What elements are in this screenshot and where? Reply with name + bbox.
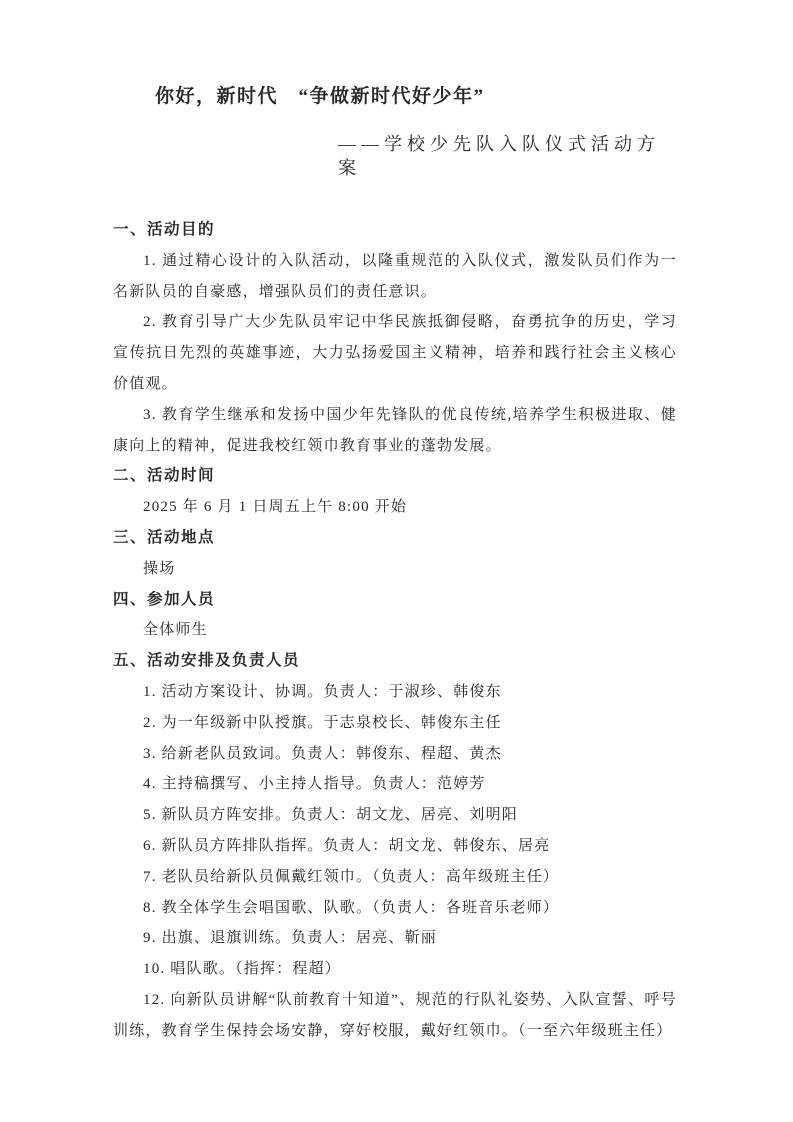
- document-page: 你好，新时代 “争做新时代好少年” ——学校少先队入队仪式活动方案 一、活动目的…: [0, 0, 793, 1122]
- list-item: 3. 给新老队员致词。负责人：韩俊东、程超、黄杰: [113, 739, 677, 770]
- document-body: 一、活动目的 1. 通过精心设计的入队活动，以隆重规范的入队仪式，激发队员们作为…: [113, 215, 677, 1047]
- list-item: 12. 向新队员讲解“队前教育十知道”、规范的行队礼姿势、入队宣誓、呼号训练，教…: [113, 985, 677, 1047]
- section-heading: 一、活动目的: [113, 215, 677, 246]
- list-item: 2. 为一年级新中队授旗。于志泉校长、韩俊东主任: [113, 708, 677, 739]
- section-participants: 四、参加人员 全体师生: [113, 585, 677, 647]
- list-item: 7. 老队员给新队员佩戴红领巾。（负责人：高年级班主任）: [113, 862, 677, 893]
- paragraph: 全体师生: [113, 615, 677, 646]
- section-activity-purpose: 一、活动目的 1. 通过精心设计的入队活动，以隆重规范的入队仪式，激发队员们作为…: [113, 215, 677, 461]
- paragraph: 3. 教育学生继承和发扬中国少年先锋队的优良传统,培养学生积极进取、健康向上的精…: [113, 400, 677, 462]
- paragraph: 1. 通过精心设计的入队活动，以隆重规范的入队仪式，激发队员们作为一名新队员的自…: [113, 246, 677, 308]
- list-item: 5. 新队员方阵安排。负责人：胡文龙、居亮、刘明阳: [113, 800, 677, 831]
- paragraph: 2. 教育引导广大少先队员牢记中华民族抵御侵略，奋勇抗争的历史，学习宣传抗日先烈…: [113, 307, 677, 399]
- section-heading: 五、活动安排及负责人员: [113, 646, 677, 677]
- list-item: 1. 活动方案设计、协调。负责人：于淑珍、韩俊东: [113, 677, 677, 708]
- document-subtitle: ——学校少先队入队仪式活动方案: [338, 132, 677, 180]
- list-item: 4. 主持稿撰写、小主持人指导。负责人：范婷芳: [113, 769, 677, 800]
- section-heading: 四、参加人员: [113, 585, 677, 616]
- document-title: 你好，新时代 “争做新时代好少年”: [155, 84, 677, 110]
- section-arrangements: 五、活动安排及负责人员 1. 活动方案设计、协调。负责人：于淑珍、韩俊东 2. …: [113, 646, 677, 1046]
- section-activity-location: 三、活动地点 操场: [113, 523, 677, 585]
- list-item: 6. 新队员方阵排队指挥。负责人：胡文龙、韩俊东、居亮: [113, 831, 677, 862]
- paragraph: 2025 年 6 月 1 日周五上午 8:00 开始: [113, 492, 677, 523]
- paragraph: 操场: [113, 554, 677, 585]
- list-item: 10. 唱队歌。（指挥：程超）: [113, 954, 677, 985]
- list-item: 8. 教全体学生会唱国歌、队歌。（负责人：各班音乐老师）: [113, 893, 677, 924]
- section-heading: 三、活动地点: [113, 523, 677, 554]
- list-item: 9. 出旗、退旗训练。负责人：居亮、靳丽: [113, 923, 677, 954]
- section-activity-time: 二、活动时间 2025 年 6 月 1 日周五上午 8:00 开始: [113, 461, 677, 523]
- section-heading: 二、活动时间: [113, 461, 677, 492]
